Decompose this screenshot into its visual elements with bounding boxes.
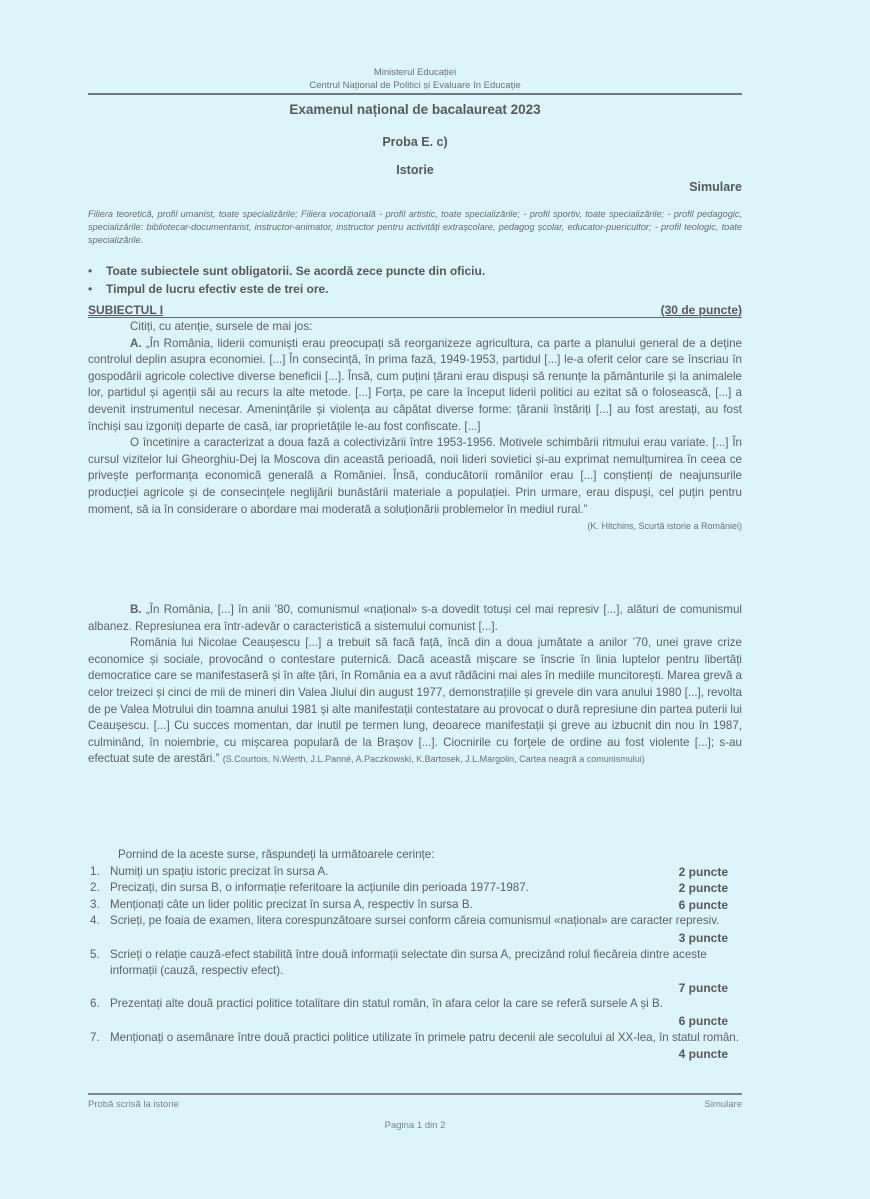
task-item: 5. Scrieți o relație cauză-efect stabili…	[88, 947, 742, 997]
task-item: 1. Numiți un spațiu istoric precizat în …	[88, 864, 742, 881]
task-points: 6 puncte	[679, 897, 728, 914]
source-a-paragraph-1: A. „În România, liderii comuniști erau p…	[88, 336, 742, 436]
task-item: 3. Menționați câte un lider politic prec…	[88, 897, 742, 914]
tasks-block: Pornind de la aceste surse, răspundeți l…	[88, 847, 742, 1063]
ministry-header: Ministerul Educației	[88, 67, 742, 78]
task-points: 2 puncte	[679, 864, 728, 881]
proba-label: Proba E. c)	[88, 135, 742, 149]
source-a-block: Citiți, cu atenție, sursele de mai jos: …	[88, 319, 742, 535]
tasks-intro: Pornind de la aceste surse, răspundeți l…	[88, 847, 742, 864]
subject-header: SUBIECTUL I (30 de puncte)	[88, 302, 742, 318]
instructions-list: Toate subiectele sunt obligatorii. Se ac…	[88, 262, 742, 298]
task-points: 3 puncte	[679, 930, 728, 947]
task-points: 6 puncte	[679, 1013, 728, 1030]
instruction-item: Toate subiectele sunt obligatorii. Se ac…	[88, 262, 742, 280]
subject-title: Istorie	[88, 163, 742, 177]
source-b-paragraph-2: România lui Nicolae Ceaușescu [...] a tr…	[88, 635, 742, 768]
source-a-letter: A.	[130, 337, 142, 350]
source-b-letter: B.	[130, 603, 142, 616]
source-b-paragraph-1: B. „În România, [...] în anii ’80, comun…	[88, 602, 742, 635]
source-b-citation: (S.Courtois, N.Werth, J.L.Panné, A.Paczk…	[223, 754, 645, 764]
source-a-paragraph-2: O încetinire a caracterizat a doua fază …	[88, 435, 742, 518]
source-b-block: B. „În România, [...] în anii ’80, comun…	[88, 602, 742, 768]
source-a-citation: (K. Hitchins, Scurtă istorie a României)	[88, 518, 742, 535]
task-item: 6. Prezentați alte două practici politic…	[88, 996, 742, 1029]
task-points: 4 puncte	[679, 1046, 728, 1063]
subject-points: (30 de puncte)	[661, 303, 742, 317]
center-header: Centrul Național de Politici și Evaluare…	[88, 80, 742, 91]
task-item: 4. Scrieți, pe foaia de examen, litera c…	[88, 913, 742, 946]
header-divider	[88, 93, 742, 95]
page-number: Pagina 1 din 2	[88, 1120, 742, 1131]
reading-intro: Citiți, cu atenție, sursele de mai jos:	[88, 319, 742, 336]
footer-exam-label: Probă scrisă la istorie	[88, 1099, 179, 1110]
exam-title: Examenul național de bacalaureat 2023	[88, 102, 742, 117]
task-item: 7. Menționați o asemănare între două pra…	[88, 1030, 742, 1063]
instruction-item: Timpul de lucru efectiv este de trei ore…	[88, 280, 742, 298]
footer-divider	[88, 1093, 742, 1095]
task-points: 2 puncte	[679, 880, 728, 897]
filiere-description: Filiera teoretică, profil umanist, toate…	[88, 208, 742, 247]
footer-session-label: Simulare	[705, 1099, 743, 1110]
session-label: Simulare	[689, 180, 742, 194]
subject-label: SUBIECTUL I	[88, 303, 163, 317]
task-item: 2. Precizați, din sursa B, o informație …	[88, 880, 742, 897]
task-points: 7 puncte	[679, 980, 728, 997]
